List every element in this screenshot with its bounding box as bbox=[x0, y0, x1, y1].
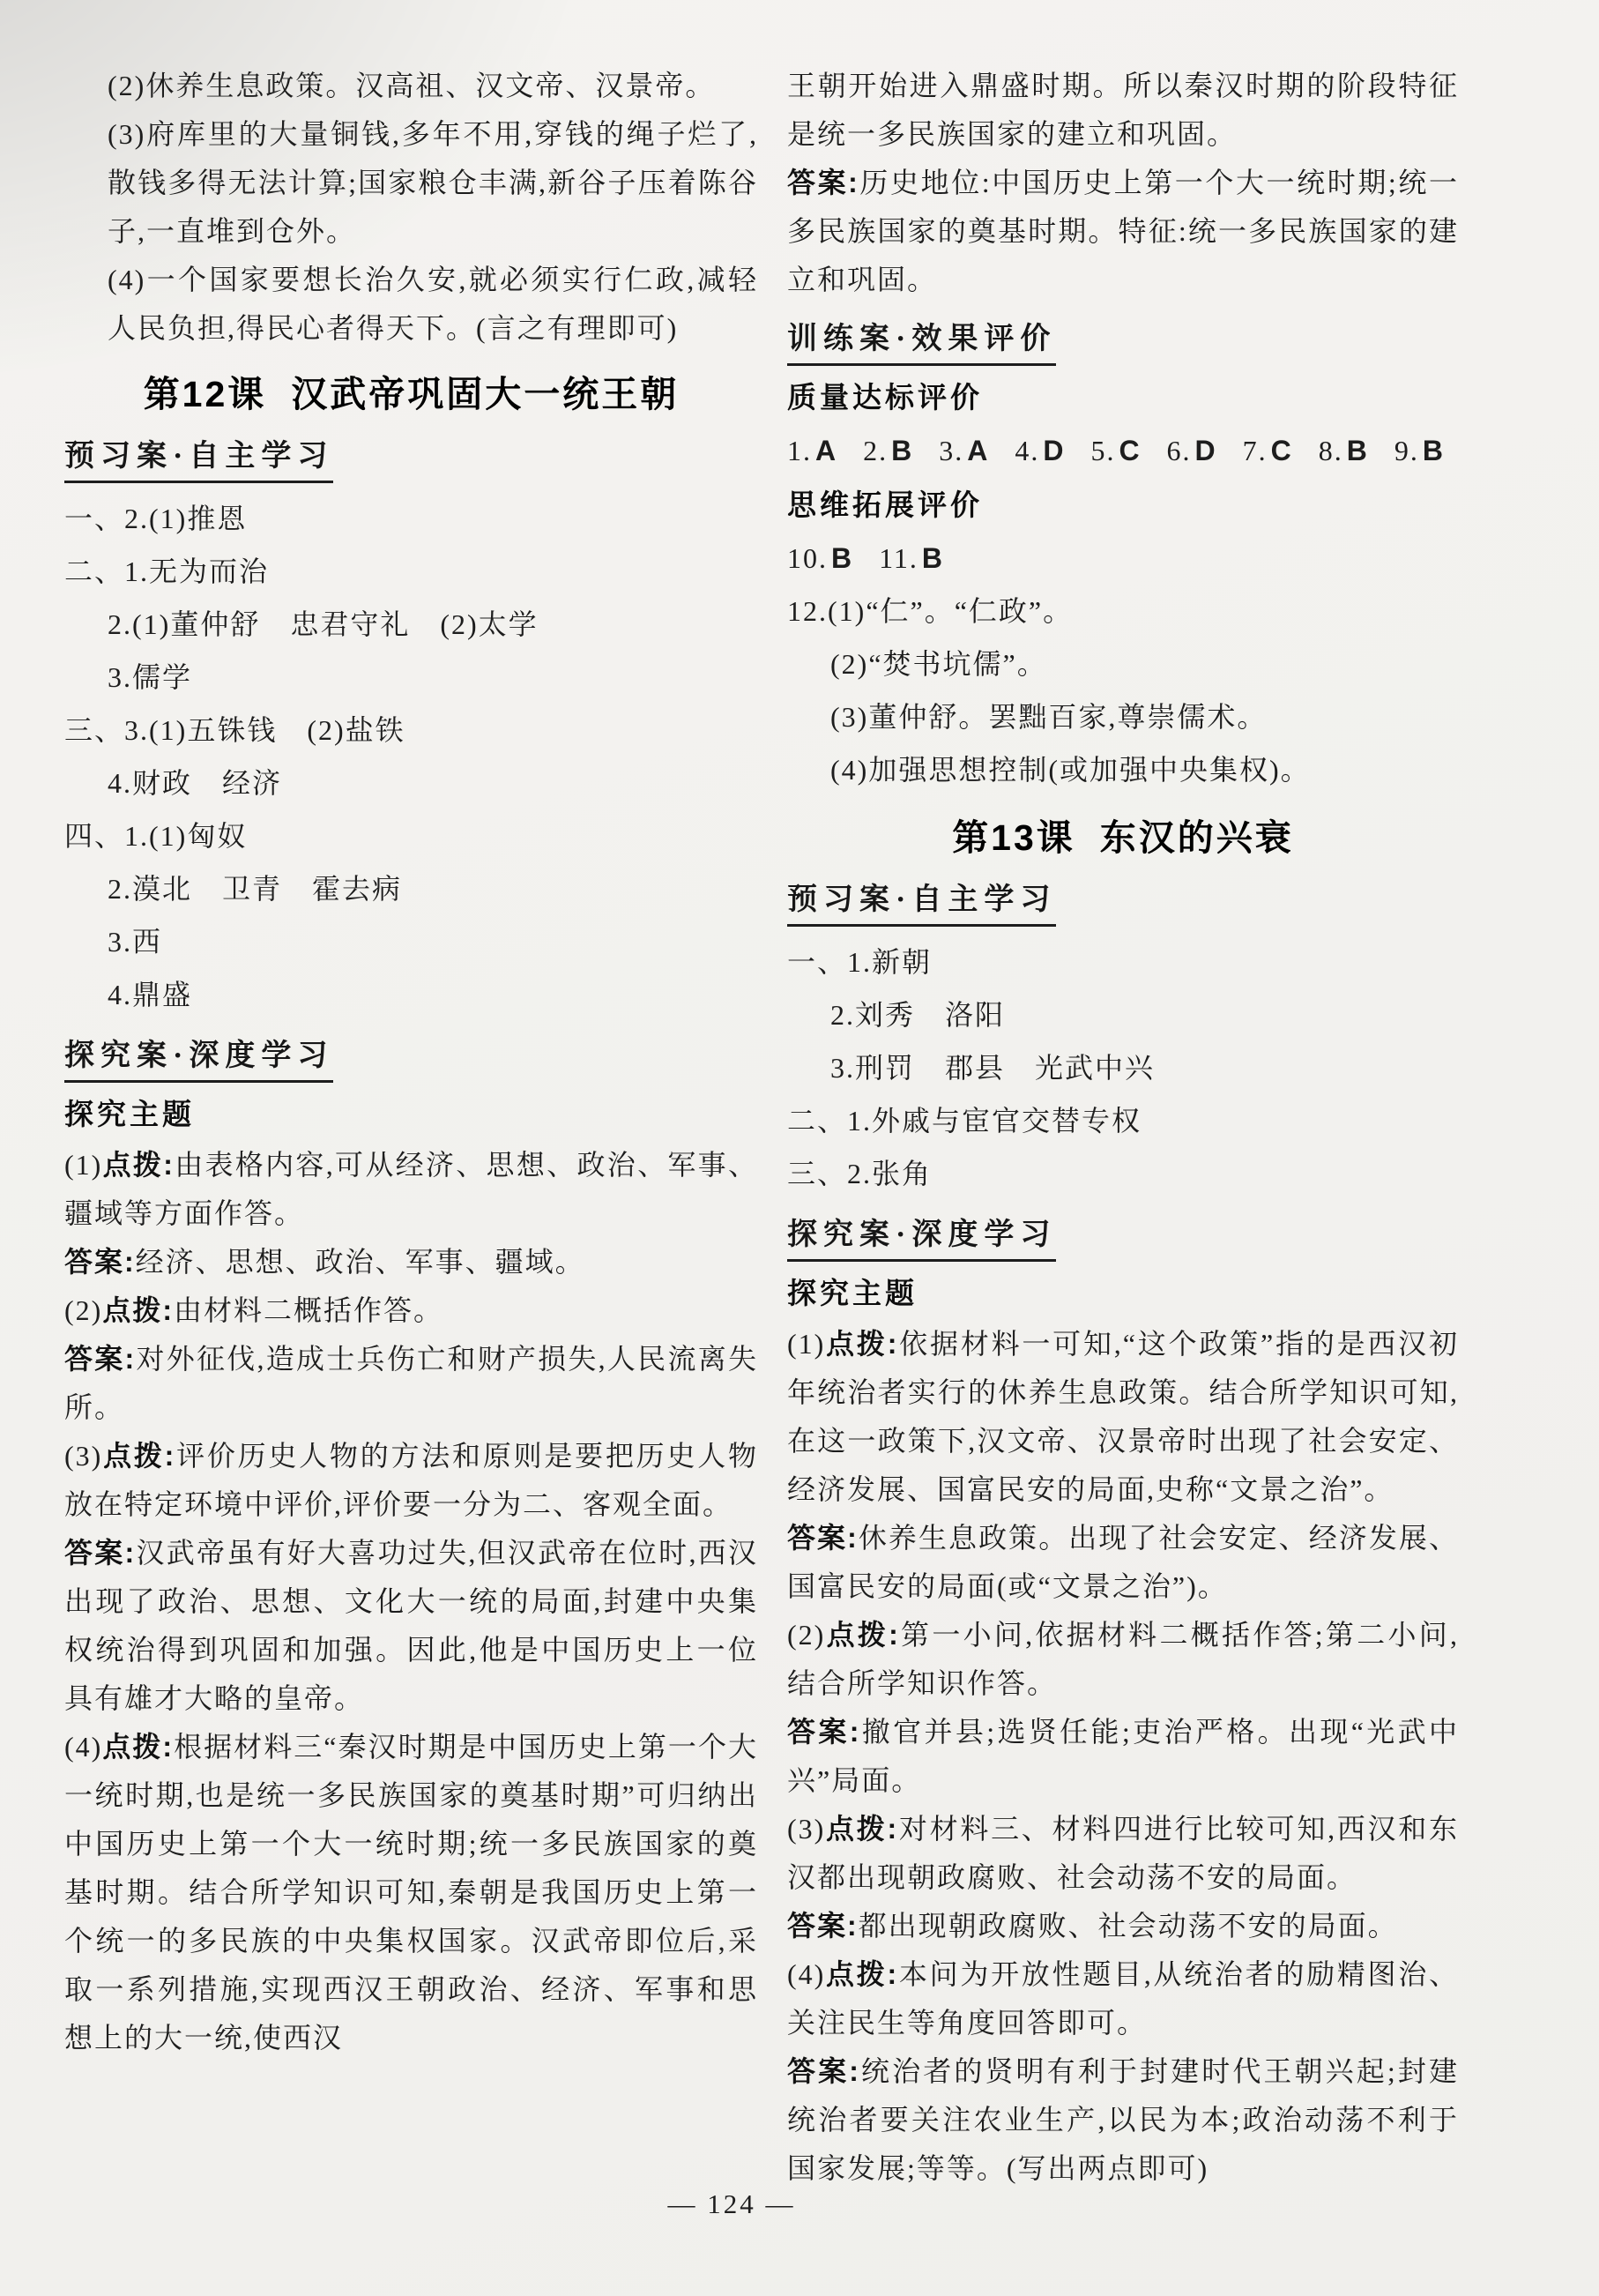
lesson-number: 第13课 bbox=[952, 817, 1075, 858]
list-item: 2.漠北 卫青 霍去病 bbox=[64, 862, 758, 915]
list-item: 3.儒学 bbox=[64, 651, 758, 704]
left-column: (2)休养生息政策。汉高祖、汉文帝、汉景帝。 (3)府库里的大量铜钱,多年不用,… bbox=[64, 62, 758, 2062]
thinking-eval-label: 思维拓展评价 bbox=[787, 482, 1459, 528]
list-item: 3.西 bbox=[64, 915, 758, 968]
qa-paragraph: (3)点拨:评价历史人物的方法和原则是要把历史人物放在特定环境中评价,评价要一分… bbox=[64, 1432, 758, 1529]
quality-eval-label: 质量达标评价 bbox=[787, 375, 1459, 421]
qa-paragraph: (1)点拨:由表格内容,可从经济、思想、政治、军事、疆域等方面作答。 bbox=[64, 1141, 758, 1238]
mc-answer: 1.A bbox=[787, 435, 837, 466]
mc-answer: 2.B bbox=[863, 435, 912, 466]
list-item: 二、1.外戚与宦官交替专权 bbox=[787, 1094, 1459, 1147]
list-item: 3.刑罚 郡县 光武中兴 bbox=[787, 1041, 1459, 1094]
lesson-12-title: 第12课汉武帝巩固大一统王朝 bbox=[64, 367, 758, 421]
training-section: 训练案·效果评价 bbox=[787, 315, 1459, 366]
qa-paragraph: (2)点拨:由材料二概括作答。 bbox=[64, 1286, 758, 1335]
qa-paragraph: 答案:撤官并县;选贤任能;吏治严格。出现“光武中兴”局面。 bbox=[787, 1708, 1459, 1805]
qa-paragraph: 答案:休养生息政策。出现了社会安定、经济发展、国富民安的局面(或“文景之治”)。 bbox=[787, 1514, 1459, 1611]
lesson-title-text: 东汉的兴衰 bbox=[1100, 817, 1294, 858]
mc-answer: 11.B bbox=[879, 542, 943, 574]
continuation-paragraph: 王朝开始进入鼎盛时期。所以秦汉时期的阶段特征是统一多民族国家的建立和巩固。 bbox=[787, 62, 1459, 159]
question-12-answers: 12.(1)“仁”。“仁政”。 (2)“焚书坑儒”。 (3)董仲舒。罢黜百家,尊… bbox=[787, 585, 1459, 796]
list-item: 4.鼎盛 bbox=[64, 968, 758, 1021]
qa-paragraph: 答案:经济、思想、政治、军事、疆域。 bbox=[64, 1238, 758, 1286]
qa-paragraph: 答案:汉武帝虽有好大喜功过失,但汉武帝在位时,西汉出现了政治、思想、文化大一统的… bbox=[64, 1529, 758, 1723]
list-item: (2)“焚书坑儒”。 bbox=[787, 637, 1459, 690]
section-header-inquiry: 探究案·深度学习 bbox=[64, 1037, 333, 1083]
list-item: 三、3.(1)五铢钱 (2)盐铁 bbox=[64, 704, 758, 757]
preview-answers-list: 一、2.(1)推恩 二、1.无为而治 2.(1)董仲舒 忠君守礼 (2)太学 3… bbox=[64, 492, 758, 1021]
qa-paragraph: (2)点拨:第一小问,依据材料二概括作答;第二小问,结合所学知识作答。 bbox=[787, 1611, 1459, 1708]
inquiry-topic-label: 探究主题 bbox=[787, 1271, 1459, 1316]
multiple-choice-answers-row: 10.B11.B bbox=[787, 532, 1459, 585]
preview-section: 预习案·自主学习 bbox=[787, 876, 1459, 927]
list-item: (3)董仲舒。罢黜百家,尊崇儒术。 bbox=[787, 690, 1459, 743]
right-column: 王朝开始进入鼎盛时期。所以秦汉时期的阶段特征是统一多民族国家的建立和巩固。 答案… bbox=[787, 62, 1459, 2193]
lesson-number: 第12课 bbox=[144, 374, 267, 414]
qa-paragraph: 答案:对外征伐,造成士兵伤亡和财产损失,人民流离失所。 bbox=[64, 1335, 758, 1432]
mc-answer: 5.C bbox=[1090, 435, 1140, 466]
list-item: 四、1.(1)匈奴 bbox=[64, 809, 758, 862]
mc-answer: 3.A bbox=[939, 435, 988, 466]
section-header-preview: 预习案·自主学习 bbox=[64, 437, 333, 483]
preview-section: 预习案·自主学习 bbox=[64, 432, 758, 483]
mc-answer: 10.B bbox=[787, 542, 852, 574]
list-item: (4)加强思想控制(或加强中央集权)。 bbox=[787, 743, 1459, 796]
qa-paragraph: (3)点拨:对材料三、材料四进行比较可知,西汉和东汉都出现朝政腐败、社会动荡不安… bbox=[787, 1805, 1459, 1902]
preview-answers-list: 一、1.新朝 2.刘秀 洛阳 3.刑罚 郡县 光武中兴 二、1.外戚与宦官交替专… bbox=[787, 936, 1459, 1200]
qa-paragraph: 答案:统治者的贤明有利于封建时代王朝兴起;封建统治者要关注农业生产,以民为本;政… bbox=[787, 2047, 1459, 2193]
qa-paragraph: (1)点拨:依据材料一可知,“这个政策”指的是西汉初年统治者实行的休养生息政策。… bbox=[787, 1320, 1459, 1514]
intro-paragraph: (2)休养生息政策。汉高祖、汉文帝、汉景帝。 bbox=[64, 62, 758, 110]
section-header-inquiry: 探究案·深度学习 bbox=[787, 1216, 1056, 1262]
list-item: 二、1.无为而治 bbox=[64, 545, 758, 598]
list-item: 三、2.张角 bbox=[787, 1147, 1459, 1200]
qa-paragraph: 答案:历史地位:中国历史上第一个大一统时期;统一多民族国家的奠基时期。特征:统一… bbox=[787, 159, 1459, 304]
lesson-title-text: 汉武帝巩固大一统王朝 bbox=[291, 374, 679, 414]
list-item: 2.刘秀 洛阳 bbox=[787, 988, 1459, 1041]
intro-paragraph: (3)府库里的大量铜钱,多年不用,穿钱的绳子烂了,散钱多得无法计算;国家粮仓丰满… bbox=[64, 110, 758, 256]
list-item: 4.财政 经济 bbox=[64, 757, 758, 809]
section-header-preview: 预习案·自主学习 bbox=[787, 881, 1056, 927]
list-item: 12.(1)“仁”。“仁政”。 bbox=[787, 585, 1459, 637]
mc-answer: 4.D bbox=[1015, 435, 1064, 466]
intro-paragraph: (4)一个国家要想长治久安,就必须实行仁政,减轻人民负担,得民心者得天下。(言之… bbox=[64, 256, 758, 353]
list-item: 一、2.(1)推恩 bbox=[64, 492, 758, 545]
inquiry-topic-label: 探究主题 bbox=[64, 1092, 758, 1137]
qa-paragraph: (4)点拨:本问为开放性题目,从统治者的励精图治、关注民生等角度回答即可。 bbox=[787, 1950, 1459, 2047]
mc-answer: 7.C bbox=[1243, 435, 1292, 466]
inquiry-section: 探究案·深度学习 bbox=[787, 1211, 1459, 1262]
list-item: 一、1.新朝 bbox=[787, 936, 1459, 988]
lesson-13-title: 第13课东汉的兴衰 bbox=[787, 810, 1459, 865]
mc-answer: 8.B bbox=[1319, 435, 1368, 466]
multiple-choice-answers-row: 1.A2.B3.A4.D5.C6.D7.C8.B9.B bbox=[787, 424, 1459, 477]
list-item: 2.(1)董仲舒 忠君守礼 (2)太学 bbox=[64, 598, 758, 651]
qa-paragraph: 答案:都出现朝政腐败、社会动荡不安的局面。 bbox=[787, 1902, 1459, 1950]
scanned-answer-page: (2)休养生息政策。汉高祖、汉文帝、汉景帝。 (3)府库里的大量铜钱,多年不用,… bbox=[0, 0, 1599, 2296]
inquiry-section: 探究案·深度学习 bbox=[64, 1032, 758, 1083]
qa-paragraph: (4)点拨:根据材料三“秦汉时期是中国历史上第一个大一统时期,也是统一多民族国家… bbox=[64, 1723, 758, 2062]
section-header-training: 训练案·效果评价 bbox=[787, 320, 1056, 366]
mc-answer: 9.B bbox=[1394, 435, 1444, 466]
page-number: — 124 — bbox=[0, 2188, 1463, 2220]
mc-answer: 6.D bbox=[1167, 435, 1216, 466]
